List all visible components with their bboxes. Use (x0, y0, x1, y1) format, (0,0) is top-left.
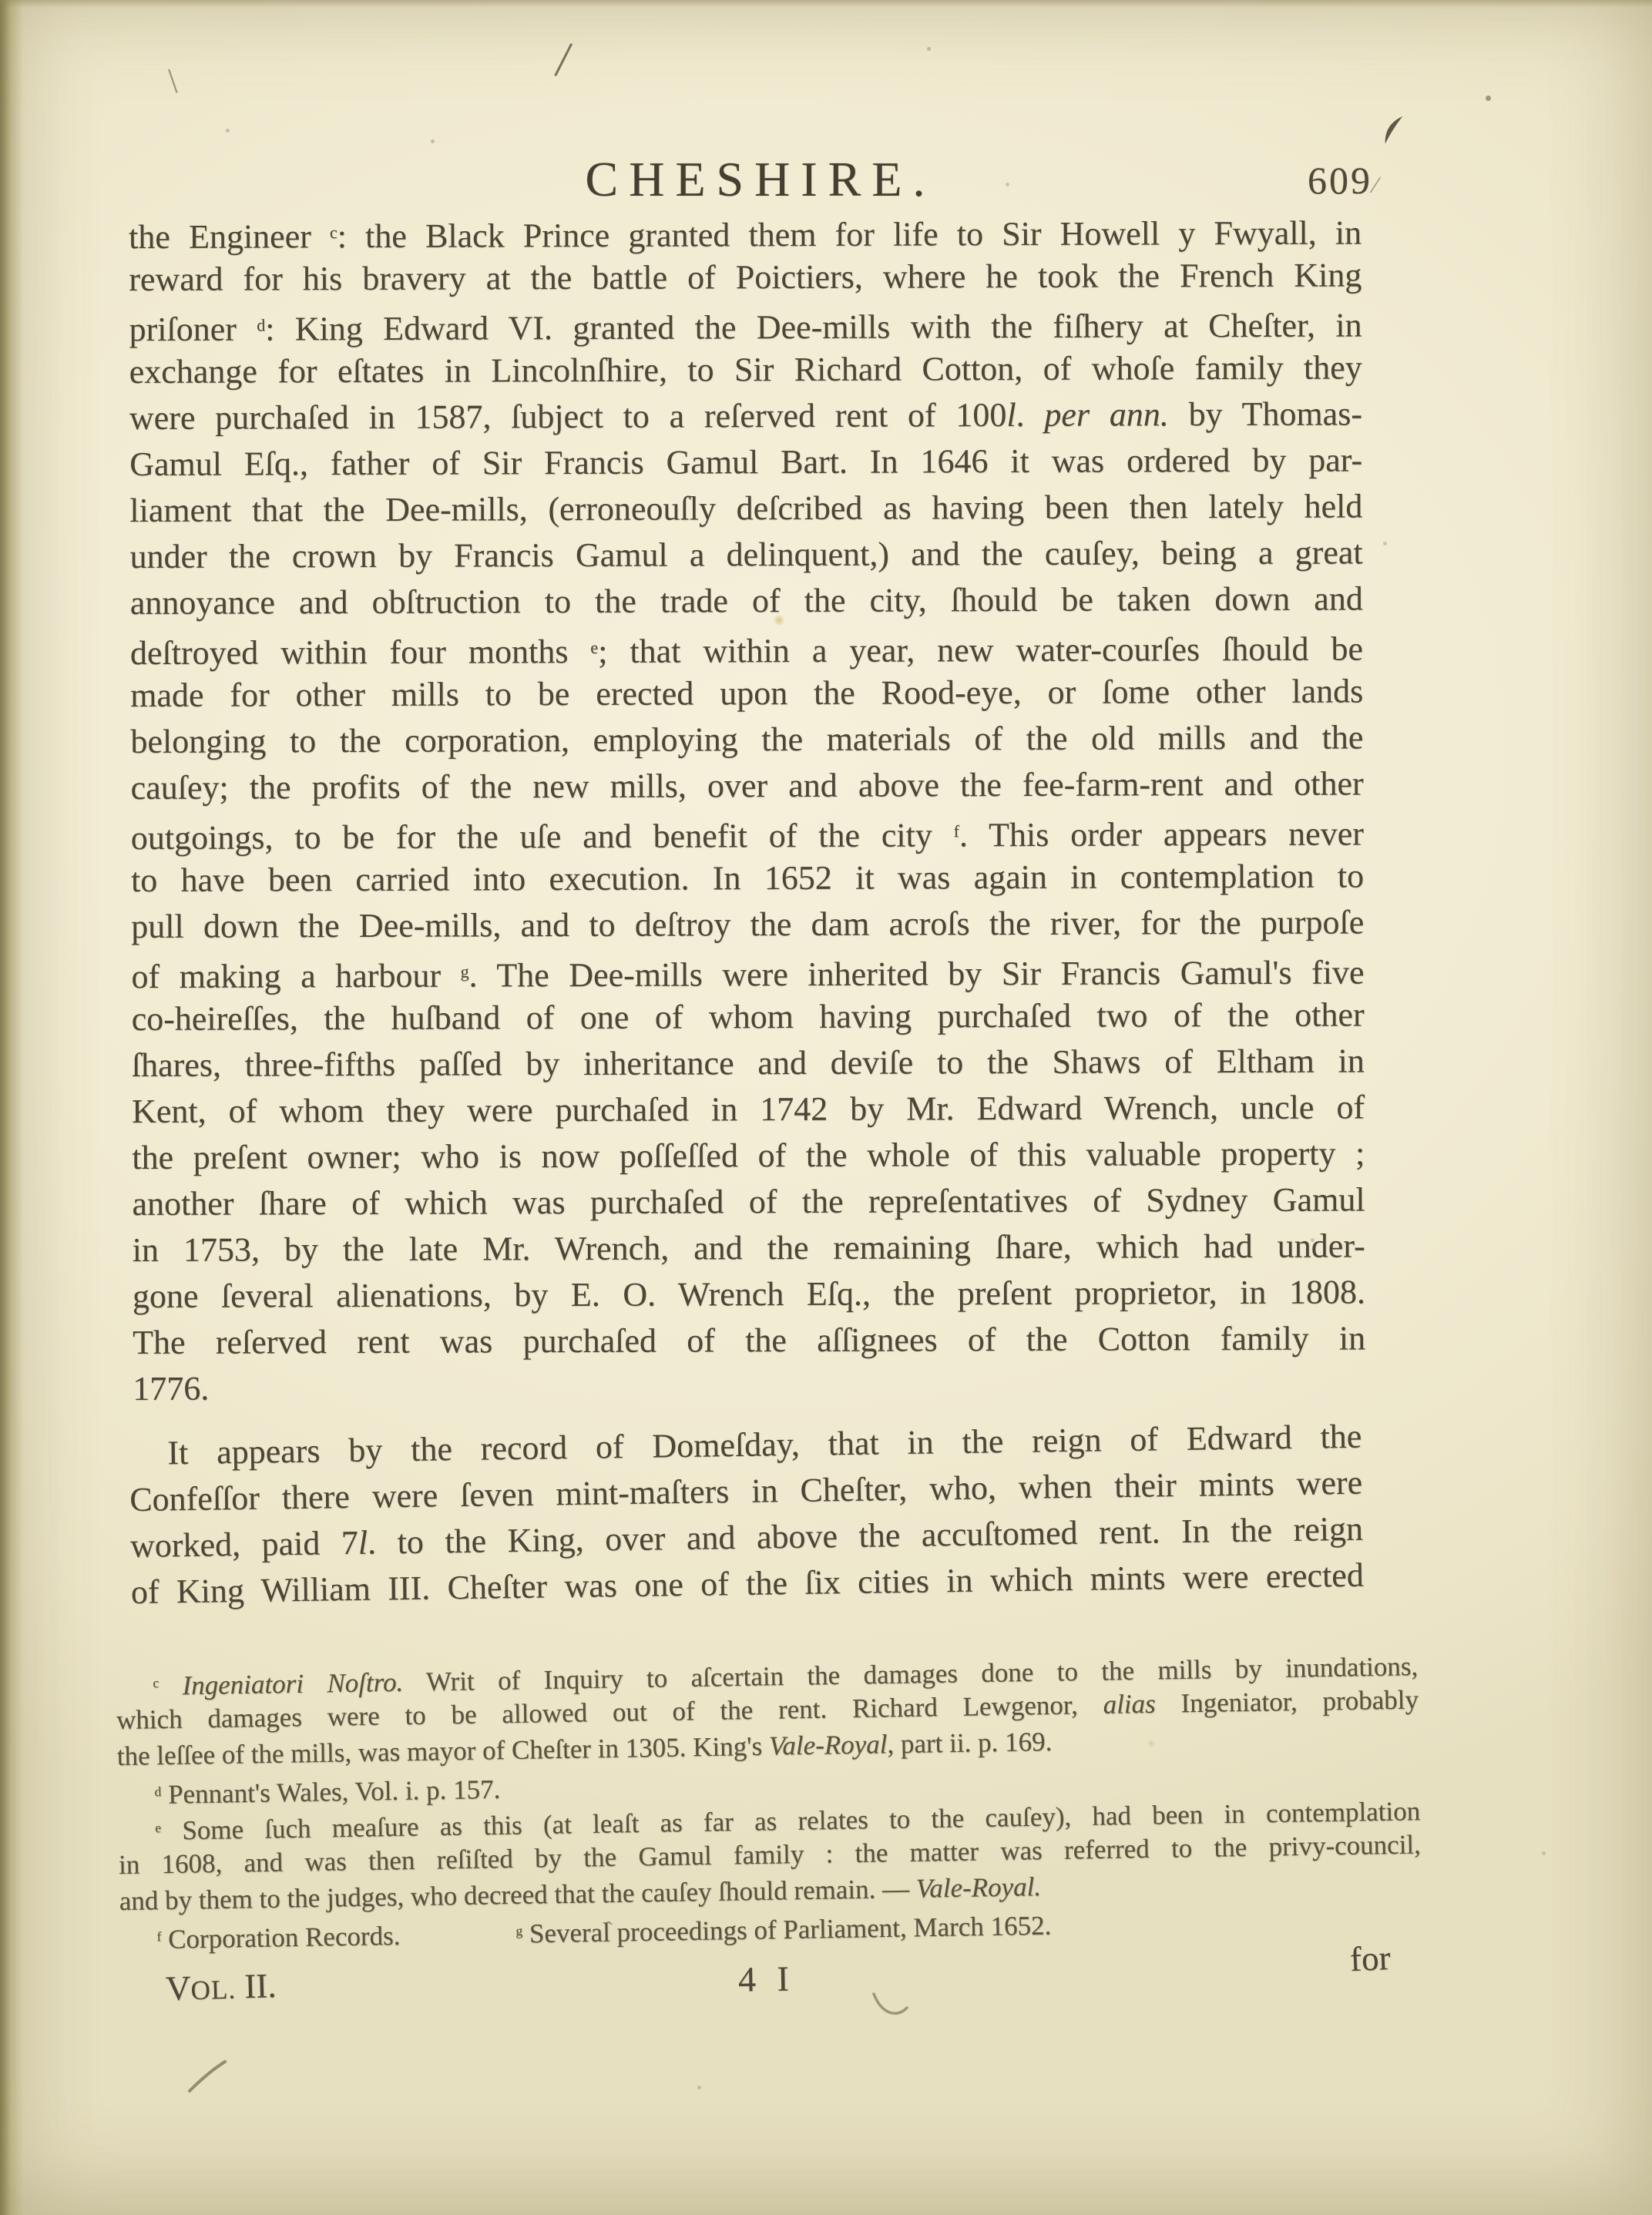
text-run: reward for his bravery at the battle of … (129, 256, 1362, 298)
scan-artifact-stroke-icon (185, 2059, 231, 2094)
text-run: . (1016, 396, 1045, 434)
text-line: were purchaſed in 1587, ſubject to a reſ… (129, 391, 1362, 441)
text-run: co-heireſſes, the huſband of one of whom… (132, 995, 1365, 1038)
text-line: liament that the Dee-mills, (erroneouſly… (129, 483, 1362, 534)
text-run: liament that the Dee-mills, (erroneouſly… (129, 487, 1362, 529)
text-run (401, 1943, 516, 1945)
paragraph-dee-mills: the Engineer c: the Black Prince granted… (129, 206, 1365, 1412)
text-line: priſoner d: King Edward VI. granted the … (129, 298, 1362, 349)
text-run: II. (235, 1966, 277, 2005)
footnote-marker: g (461, 962, 469, 981)
text-run: OL. (190, 1974, 237, 2005)
paragraph-domesday-mints: It appears by the record of Domeſday, th… (129, 1414, 1364, 1616)
text-line: to have been carried into execution. In … (131, 853, 1364, 904)
text-run: priſoner (129, 310, 257, 349)
volume-label: VOL. II. (165, 1965, 277, 2009)
footnotes: c Ingeniatori Noſtro. Writ of Inquiry to… (116, 1645, 1422, 1955)
text-run: Ingeniator, probably (1155, 1684, 1419, 1718)
text-run: l (1006, 396, 1016, 434)
text-run: per ann. (1044, 395, 1169, 434)
text-line: reward for his bravery at the battle of … (129, 252, 1362, 303)
signature-mark: 4 I (738, 1958, 790, 1999)
text-line: co-heireſſes, the huſband of one of whom… (132, 992, 1365, 1042)
text-run: ; that within a year, new water-courſes … (598, 630, 1363, 670)
text-run: : the Black Prince granted them for life… (337, 214, 1362, 256)
text-run: Corporation Records. (161, 1921, 401, 1955)
text-line: cauſey; the profits of the new mills, ov… (131, 760, 1364, 811)
text-run: outgoings, to be for the uſe and benefit… (131, 816, 954, 857)
text-line: exchange for eſtates in Lincolnſhire, to… (129, 344, 1362, 395)
text-run: under the crown by Francis Gamul a delin… (129, 533, 1362, 576)
text-line: deſtroyed within four months e; that wit… (130, 622, 1363, 673)
text-run: Vale-Royal. (916, 1871, 1042, 1904)
text-line: outgoings, to be for the uſe and benefit… (131, 807, 1364, 857)
text-run: . This order appears never (959, 815, 1364, 854)
page-top-edge (0, 0, 1652, 8)
text-line: in 1753, by the late Mr. Wrench, and the… (133, 1223, 1365, 1274)
text-run: alias (1103, 1689, 1156, 1720)
text-run: were purchaſed in 1587, ſubject to a reſ… (129, 396, 1007, 437)
scan-artifact-slash-icon: / (552, 30, 575, 90)
book-page: CHESHIRE. 609 the Engineer c: the Black … (0, 0, 1652, 2215)
scan-artifact-backslash-icon: \ (168, 60, 178, 101)
text-line: pull down the Dee-mills, and to deſtroy … (131, 899, 1364, 950)
text-line: the Engineer c: the Black Prince granted… (129, 206, 1362, 257)
footnote-marker: e (590, 638, 598, 657)
text-run: pull down the Dee-mills, and to deſtroy … (131, 903, 1364, 945)
text-run: cauſey; the profits of the new mills, ov… (131, 764, 1364, 807)
text-line: of making a harbour g. The Dee-mills wer… (131, 945, 1364, 996)
text-run: exchange for eſtates in Lincolnſhire, to… (129, 348, 1362, 391)
text-line: under the crown by Francis Gamul a delin… (129, 529, 1362, 580)
text-run: Ingeniatori Noſtro. (182, 1667, 403, 1700)
text-line: ſhares, three-fifths paſſed by inheritan… (132, 1038, 1365, 1089)
text-run: worked, paid 7 (130, 1524, 358, 1565)
footnote-marker: d (257, 315, 265, 334)
text-run: , part ii. p. 169. (887, 1727, 1052, 1759)
text-run: annoyance and obſtruction to the trade o… (130, 579, 1363, 622)
text-run: Several proceedings of Parliament, March… (522, 1911, 1052, 1949)
scan-artifact-ink-claw-icon (1381, 112, 1405, 148)
text-line: gone ſeveral alienations, by E. O. Wrenc… (133, 1269, 1365, 1320)
text-run: V (165, 1968, 191, 2008)
text-run: deſtroyed within four months (130, 633, 591, 672)
footnote-marker: c (153, 1675, 159, 1690)
text-run: the leſſee of the mills, was mayor of Ch… (117, 1731, 770, 1771)
text-run: l (358, 1524, 368, 1562)
body-text: the Engineer c: the Black Prince granted… (129, 210, 1362, 1616)
text-run: the preſent owner; who is now poſſeſſed … (132, 1134, 1365, 1176)
text-run: in 1753, by the late Mr. Wrench, and the… (133, 1227, 1365, 1269)
text-run: Vale-Royal (769, 1729, 888, 1760)
text-line: Gamul Eſq., father of Sir Francis Gamul … (129, 437, 1362, 488)
text-run: ſhares, three-fifths paſſed by inheritan… (132, 1042, 1365, 1084)
text-line: belonging to the corporation, employing … (130, 714, 1363, 765)
footnote-marker: g (515, 1923, 522, 1938)
scan-artifact-hook-icon (869, 1991, 909, 2022)
text-run: belonging to the corporation, employing … (130, 718, 1363, 760)
text-line: Kent, of whom they were purchaſed in 174… (132, 1084, 1365, 1135)
text-run: Gamul Eſq., father of Sir Francis Gamul … (129, 441, 1362, 483)
text-run: gone ſeveral alienations, by E. O. Wrenc… (133, 1273, 1365, 1315)
text-run: of making a harbour (131, 957, 460, 995)
text-line: the preſent owner; who is now poſſeſſed … (132, 1130, 1365, 1181)
text-run (159, 1670, 183, 1700)
text-line: 1776. (133, 1361, 1365, 1412)
footnote-marker: d (154, 1784, 161, 1799)
text-run: another ſhare of which was purchaſed of … (132, 1180, 1365, 1223)
text-run: The reſerved rent was purchaſed of the a… (133, 1319, 1365, 1361)
dust-specks (0, 0, 2, 2)
page-spine-edge (0, 0, 23, 2215)
text-run: to have been carried into execution. In … (131, 857, 1364, 899)
text-run: Kent, of whom they were purchaſed in 174… (132, 1088, 1365, 1130)
text-run: 1776. (133, 1370, 209, 1408)
text-run: the Engineer (129, 217, 330, 256)
text-line: The reſerved rent was purchaſed of the a… (133, 1315, 1365, 1366)
page-number: 609 (1308, 158, 1372, 203)
text-line: another ſhare of which was purchaſed of … (132, 1176, 1365, 1227)
text-line: annoyance and obſtruction to the trade o… (130, 576, 1363, 626)
footnote-marker: c (330, 223, 337, 242)
text-run: Pennant's Wales, Vol. i. p. 157. (161, 1774, 501, 1810)
text-run: made for other mills to be erected upon … (130, 672, 1363, 714)
text-run: by Thomas- (1169, 394, 1362, 433)
text-line: made for other mills to be erected upon … (130, 668, 1363, 719)
text-run: : King Edward VI. granted the Dee-mills … (265, 307, 1362, 348)
text-run: . The Dee-mills were inherited by Sir Fr… (469, 954, 1365, 995)
catchword: for (1349, 1938, 1392, 1979)
